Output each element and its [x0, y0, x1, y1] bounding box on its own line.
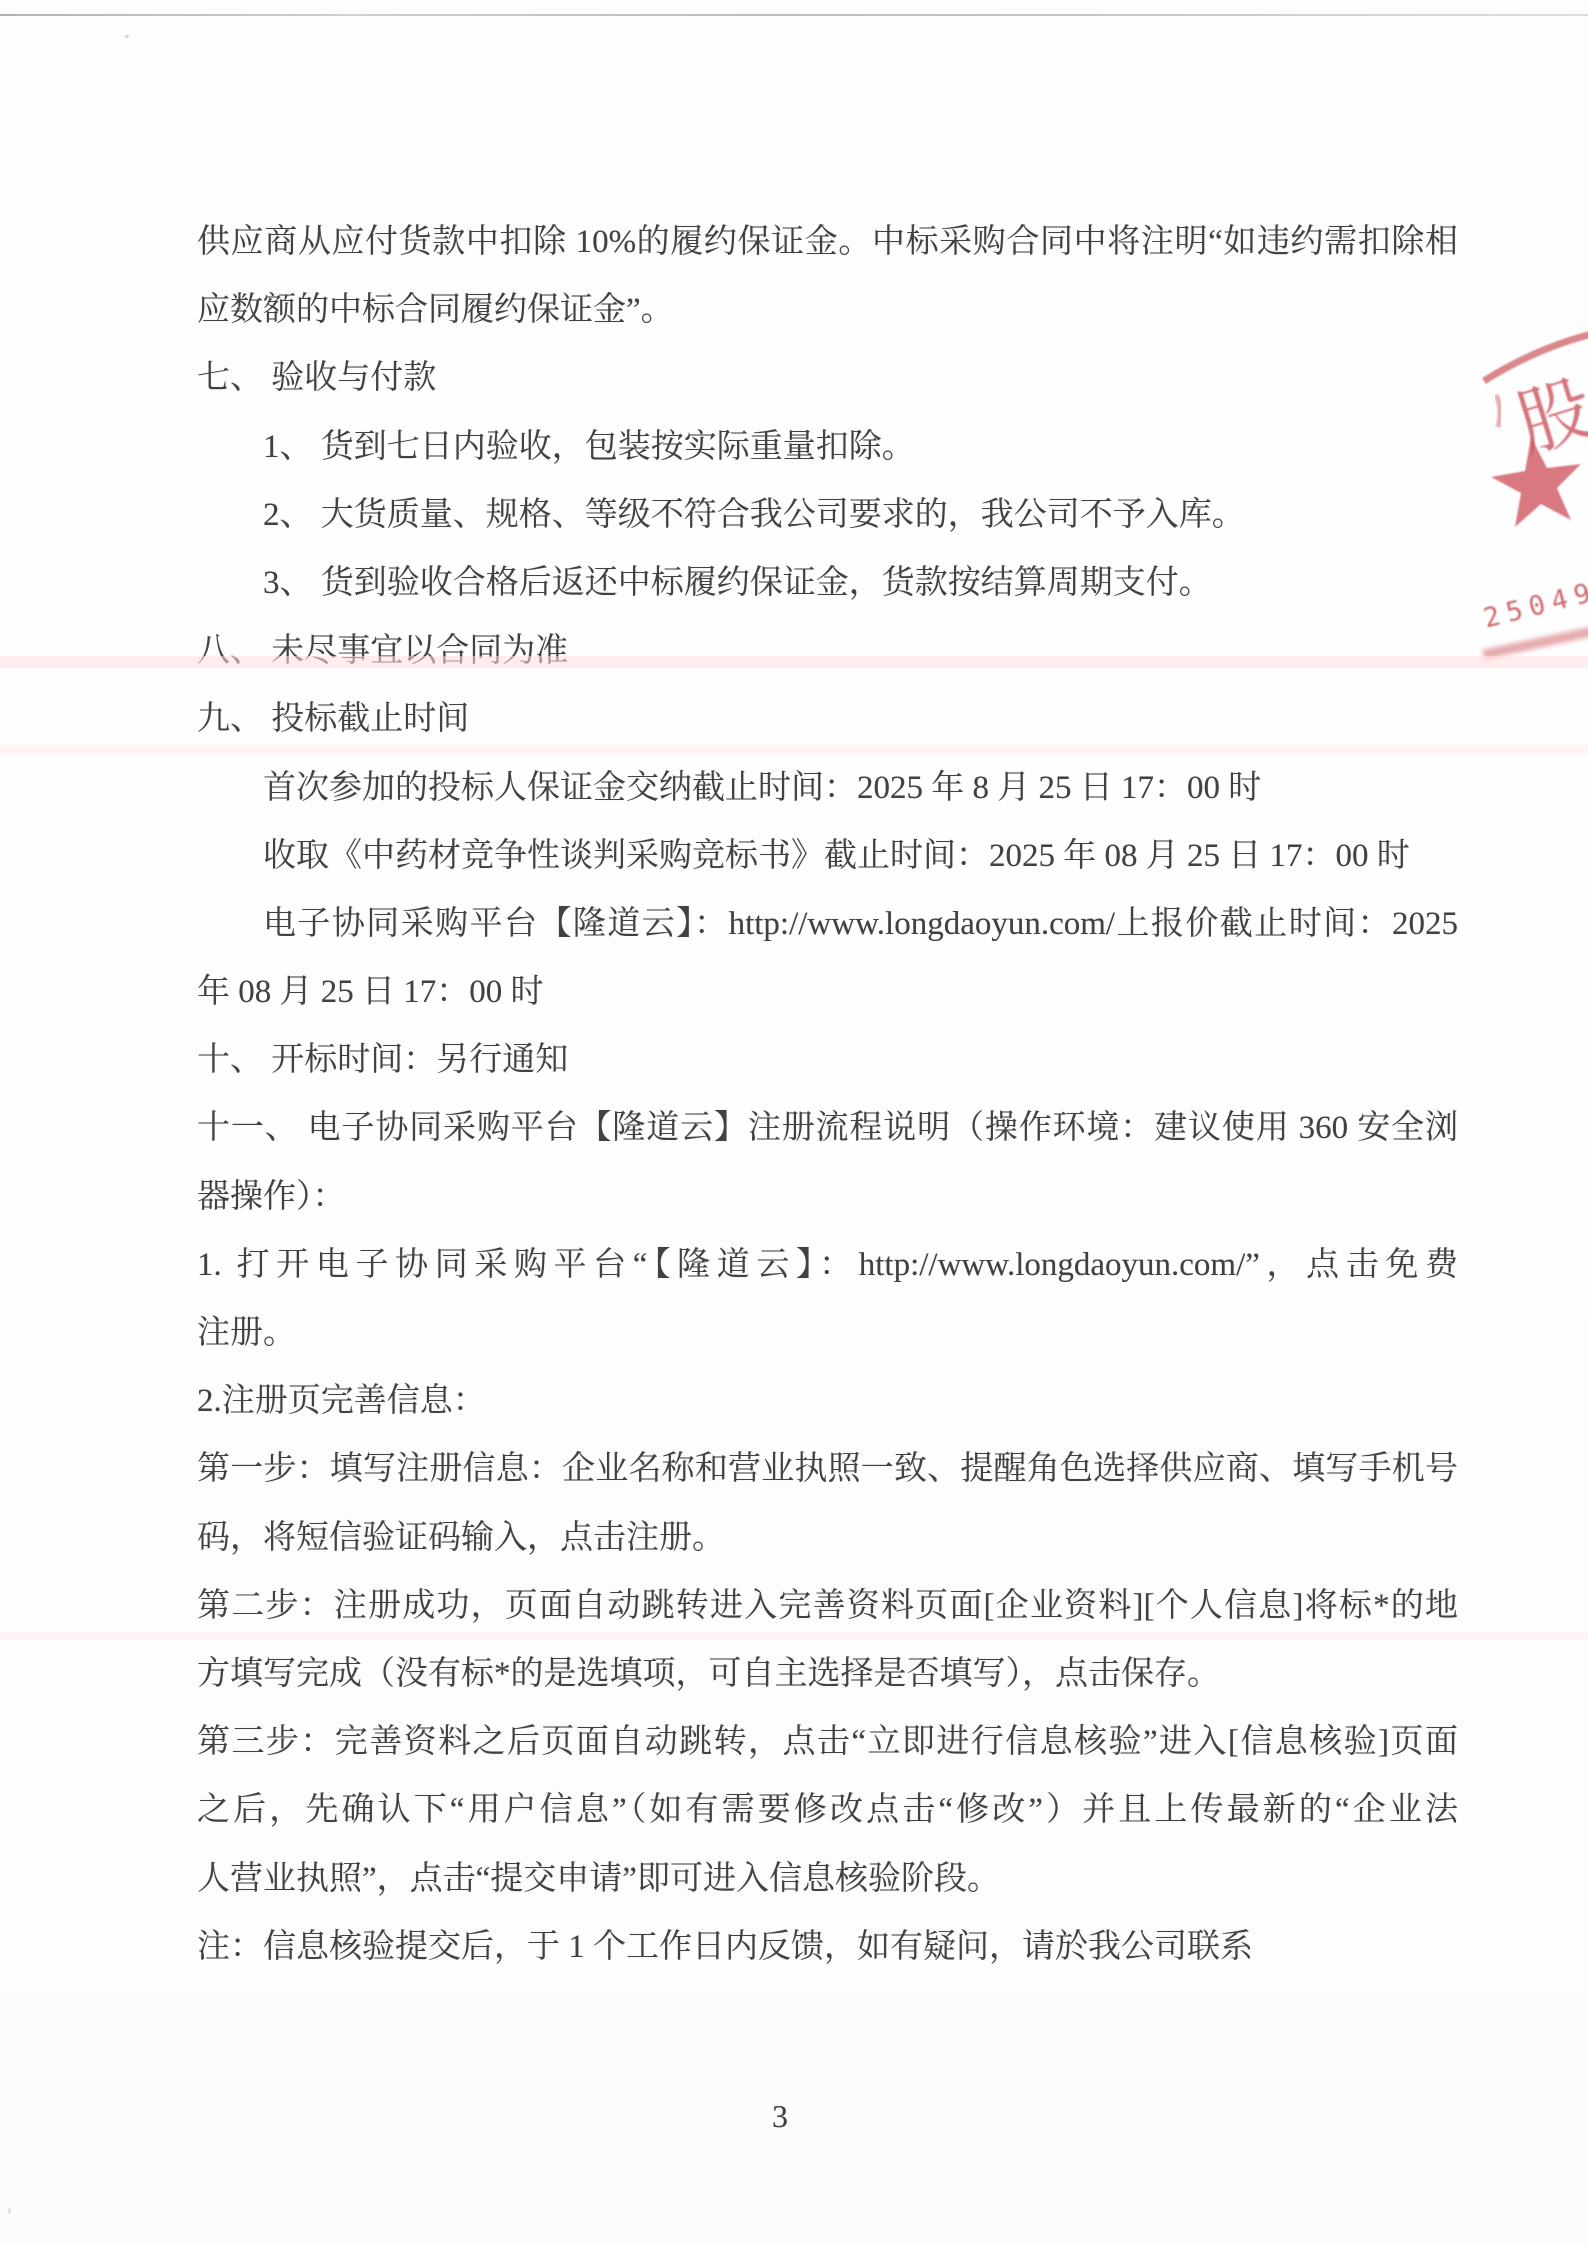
seal-arc — [1484, 328, 1588, 381]
doc-line: 年 08 月 25 日 17：00 时 — [197, 958, 1458, 1026]
doc-line: 第三步：完善资料之后页面自动跳转，点击“立即进行信息核验”进入[信息核验]页面 — [197, 1708, 1458, 1776]
seal-serial-number: 25049 — [1480, 576, 1588, 634]
doc-line: 电子协同采购平台【隆道云】：http://www.longdaoyun.com/… — [197, 890, 1458, 958]
doc-line: 人营业执照”，点击“提交申请”即可进入信息核验阶段。 — [197, 1845, 1458, 1913]
doc-line: 方填写完成（没有标*的是选填项，可自主选择是否填写），点击保存。 — [197, 1640, 1458, 1708]
doc-line: 应数额的中标合同履约保证金”。 — [197, 276, 1458, 344]
doc-line: 供应商从应付货款中扣除 10%的履约保证金。中标采购合同中将注明“如违约需扣除相 — [197, 208, 1458, 276]
doc-line: 1. 打开电子协同采购平台“【隆道云】：http://www.longdaoyu… — [197, 1231, 1458, 1299]
seal-text-fragment — [1496, 395, 1500, 427]
doc-line: 3、 货到验收合格后返还中标履约保证金，货款按结算周期支付。 — [197, 549, 1458, 617]
doc-line: 器操作）： — [197, 1163, 1458, 1231]
scan-artifact-top-line — [0, 14, 1588, 16]
doc-line: 注：信息核验提交后，于 1 个工作日内反馈，如有疑问，请於我公司联系 — [197, 1913, 1458, 1981]
doc-line: 1、 货到七日内验收，包装按实际重量扣除。 — [197, 413, 1458, 481]
scan-speck — [545, 1792, 549, 1796]
section-heading-10: 十、 开标时间：另行通知 — [197, 1026, 1458, 1094]
doc-line: 首次参加的投标人保证金交纳截止时间：2025 年 8 月 25 日 17：00 … — [197, 754, 1458, 822]
document-page: 供应商从应付货款中扣除 10%的履约保证金。中标采购合同中将注明“如违约需扣除相… — [0, 0, 1588, 2246]
scan-speck — [125, 35, 129, 38]
section-heading-8: 八、 未尽事宜以合同为准 — [197, 617, 1458, 685]
doc-line: 码，将短信验证码输入，点击注册。 — [197, 1504, 1458, 1572]
doc-line: 2、 大货质量、规格、等级不符合我公司要求的，我公司不予入库。 — [197, 481, 1458, 549]
section-heading-11: 十一、 电子协同采购平台【隆道云】注册流程说明（操作环境：建议使用 360 安全… — [197, 1094, 1458, 1162]
seal-smudge — [1482, 624, 1588, 659]
section-heading-7: 七、 验收与付款 — [197, 344, 1458, 412]
doc-line: 第一步：填写注册信息：企业名称和营业执照一致、提醒角色选择供应商、填写手机号 — [197, 1435, 1458, 1503]
doc-line: 注册。 — [197, 1299, 1458, 1367]
doc-line: 收取《中药材竞争性谈判采购竞标书》截止时间：2025 年 08 月 25 日 1… — [197, 822, 1458, 890]
seal-star-icon — [1491, 437, 1581, 527]
document-text: 供应商从应付货款中扣除 10%的履约保证金。中标采购合同中将注明“如违约需扣除相… — [197, 208, 1458, 1981]
doc-line: 第二步：注册成功，页面自动跳转进入完善资料页面[企业资料][个人信息]将标*的地 — [197, 1572, 1458, 1640]
page-number: 3 — [756, 2098, 804, 2135]
section-heading-9: 九、 投标截止时间 — [197, 685, 1458, 753]
scan-speck — [8, 2208, 11, 2214]
seal-company-text: 股份 — [1508, 341, 1588, 467]
doc-line: 2.注册页完善信息： — [197, 1367, 1458, 1435]
doc-line: 之后，先确认下“用户信息”（如有需要修改点击“修改”）并且上传最新的“企业法 — [197, 1776, 1458, 1844]
